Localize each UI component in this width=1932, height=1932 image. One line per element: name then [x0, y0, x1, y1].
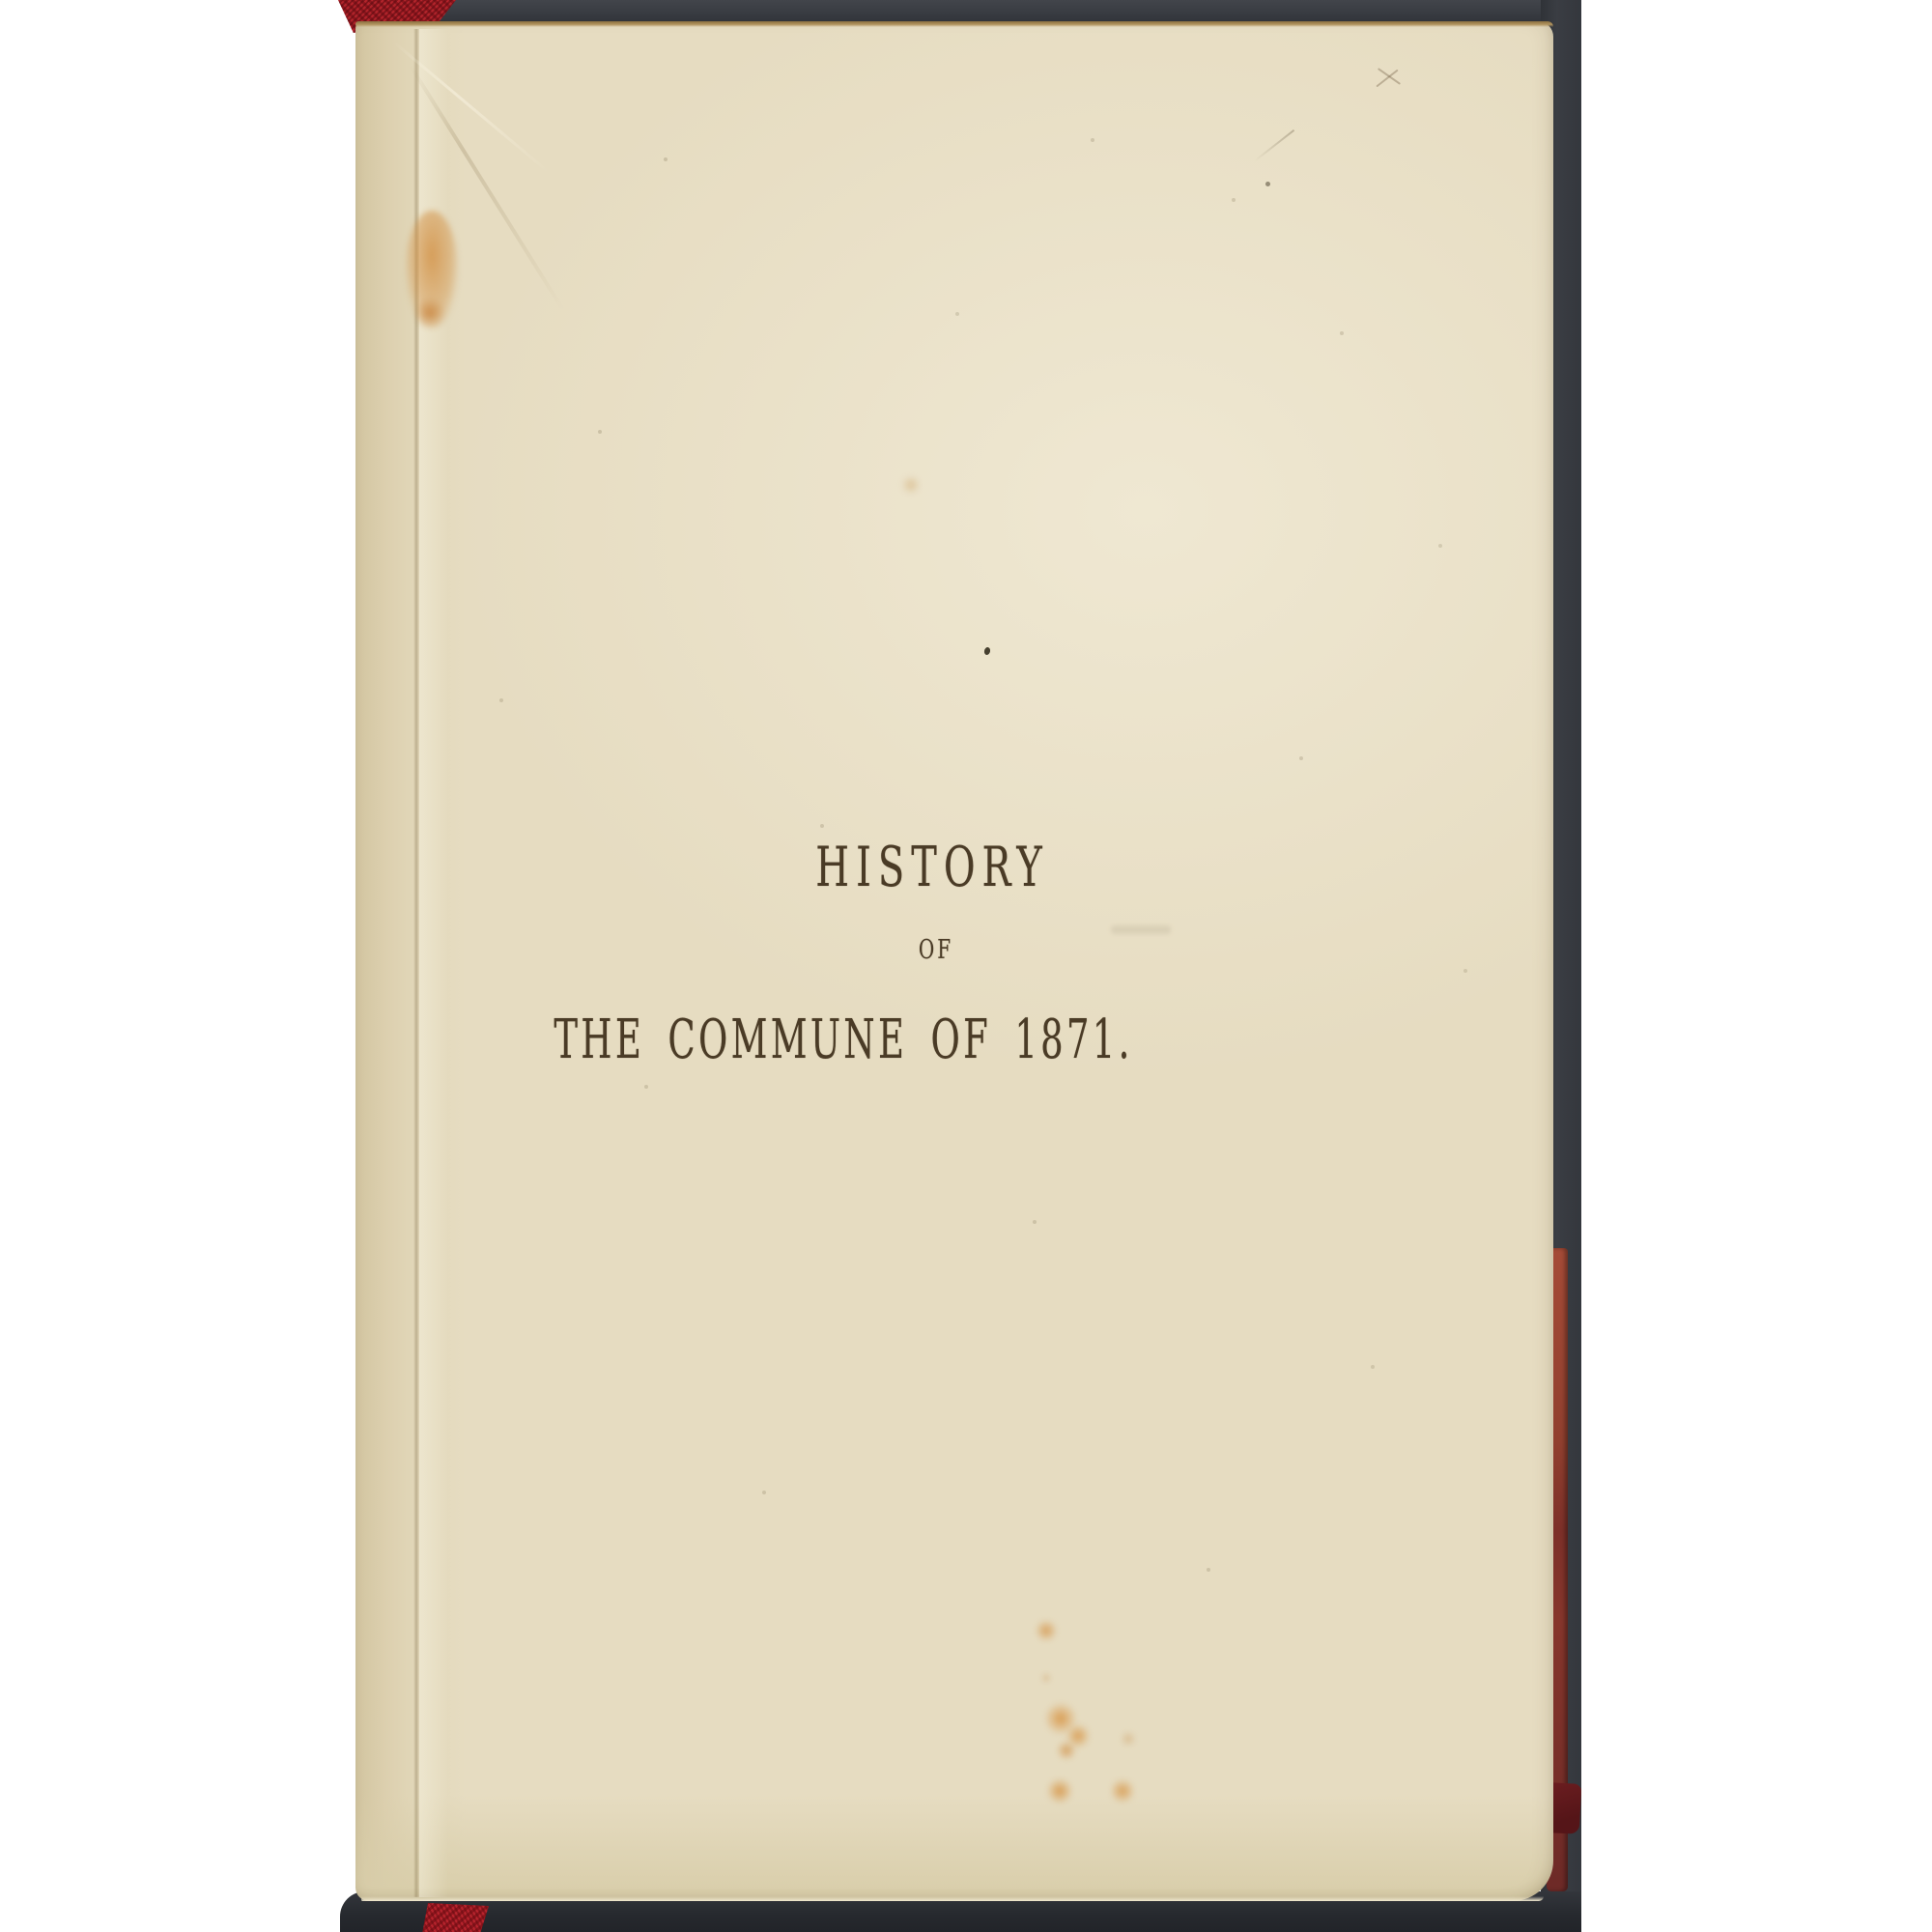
- foxing-stain: [1036, 1619, 1057, 1642]
- paper-scratch: [1254, 129, 1294, 162]
- foxing-stain: [1111, 1777, 1134, 1804]
- foxing-stain: [1047, 1777, 1072, 1804]
- pencil-mark: [1376, 70, 1398, 88]
- half-title-page: HISTORY OF THE COMMUNE OF 1871.: [355, 21, 1553, 1901]
- foxing-stain: [1041, 1673, 1051, 1683]
- title-line-commune: THE COMMUNE OF 1871.: [405, 1013, 1282, 1067]
- paper-grain-specks: [355, 21, 357, 23]
- title-line-history: HISTORY: [766, 840, 1099, 895]
- spine-tailband-cloth: [421, 1903, 489, 1932]
- title-line-history-text: HISTORY: [815, 840, 1048, 895]
- foxing-stain: [901, 475, 921, 495]
- title-line-commune-text: THE COMMUNE OF 1871.: [554, 1013, 1132, 1067]
- foxing-stain: [1057, 1741, 1076, 1760]
- title-line-of: OF: [913, 937, 960, 963]
- book-photo: HISTORY OF THE COMMUNE OF 1871.: [0, 0, 1932, 1932]
- paper-speck: [1265, 182, 1270, 186]
- show-through-smudge: [1111, 925, 1171, 934]
- foxing-stain: [1121, 1731, 1136, 1747]
- ink-speck: [983, 646, 991, 655]
- foxing-stain: [415, 296, 444, 330]
- title-line-of-text: OF: [919, 937, 953, 963]
